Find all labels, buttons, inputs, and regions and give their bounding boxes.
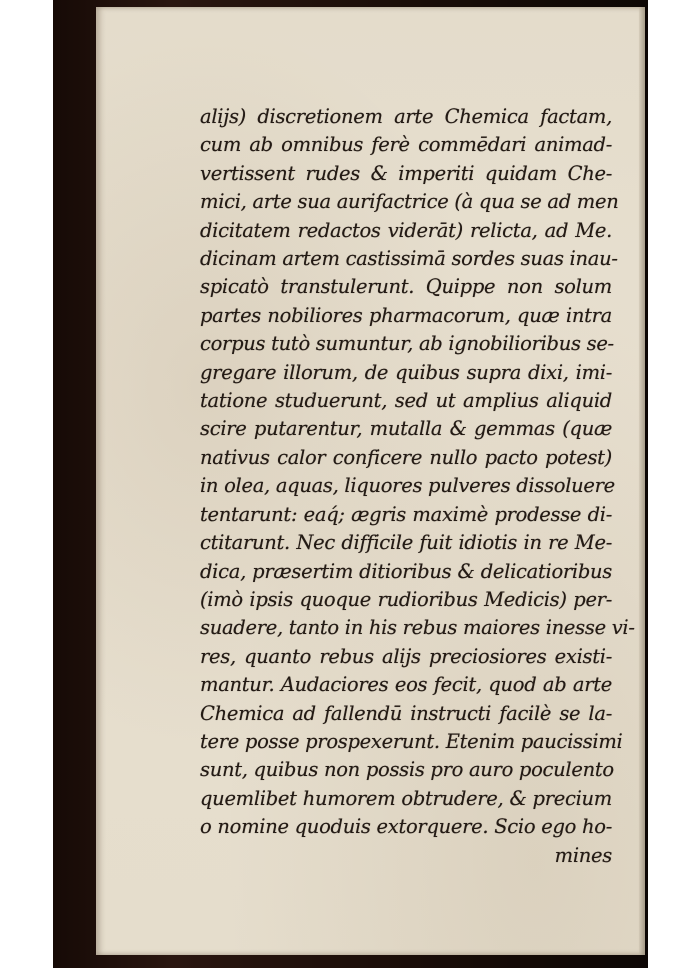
text-line: scire putarentur, mutalla & gemmas (quæ <box>200 415 612 443</box>
text-line: nativus calor conficere nullo pacto pote… <box>200 444 612 472</box>
text-line: tentarunt: eaq́; ægris maximè prodesse d… <box>200 501 612 529</box>
body-text: alijs) discretionem arte Chemica factam,… <box>200 103 612 870</box>
text-line: vertissent rudes & imperiti quidam Che- <box>200 160 612 188</box>
text-line: cum ab omnibus ferè commēdari animad- <box>200 131 612 159</box>
text-line: gregare illorum, de quibus supra dixi, i… <box>200 359 612 387</box>
text-line: Chemica ad fallendū instructi facilè se … <box>200 700 612 728</box>
book-page: alijs) discretionem arte Chemica factam,… <box>96 7 645 955</box>
catchword: mines <box>200 842 612 870</box>
text-line: mantur. Audaciores eos fecit, quod ab ar… <box>200 671 612 699</box>
text-line: o nomine quoduis extorquere. Scio ego ho… <box>200 813 612 841</box>
text-line: (imò ipsis quoque rudioribus Medicis) pe… <box>200 586 612 614</box>
text-line: alijs) discretionem arte Chemica factam, <box>200 103 612 131</box>
text-line: dica, præsertim ditioribus & delicatiori… <box>200 558 612 586</box>
text-line: partes nobiliores pharmacorum, quæ intra <box>200 302 612 330</box>
text-line: quemlibet humorem obtrudere, & precium <box>200 785 612 813</box>
text-line: tatione studuerunt, sed ut amplius aliqu… <box>200 387 612 415</box>
text-line: spicatò transtulerunt. Quippe non solum <box>200 273 612 301</box>
text-line: corpus tutò sumuntur, ab ignobilioribus … <box>200 330 612 358</box>
text-line: tere posse prospexerunt. Etenim paucissi… <box>200 728 612 756</box>
text-line: mici, arte sua aurifactrice (à qua se ad… <box>200 188 612 216</box>
text-line: sunt, quibus non possis pro auro poculen… <box>200 756 612 784</box>
page-edge <box>639 7 645 955</box>
text-line: dicinam artem castissimā sordes suas ina… <box>200 245 612 273</box>
text-line: res, quanto rebus alijs preciosiores exi… <box>200 643 612 671</box>
text-line: suadere, tanto in his rebus maiores ines… <box>200 614 612 642</box>
text-line: in olea, aquas, liquores pulveres dissol… <box>200 472 612 500</box>
text-line: ctitarunt. Nec difficile fuit idiotis in… <box>200 529 612 557</box>
text-line: dicitatem redactos viderāt) relicta, ad … <box>200 217 612 245</box>
